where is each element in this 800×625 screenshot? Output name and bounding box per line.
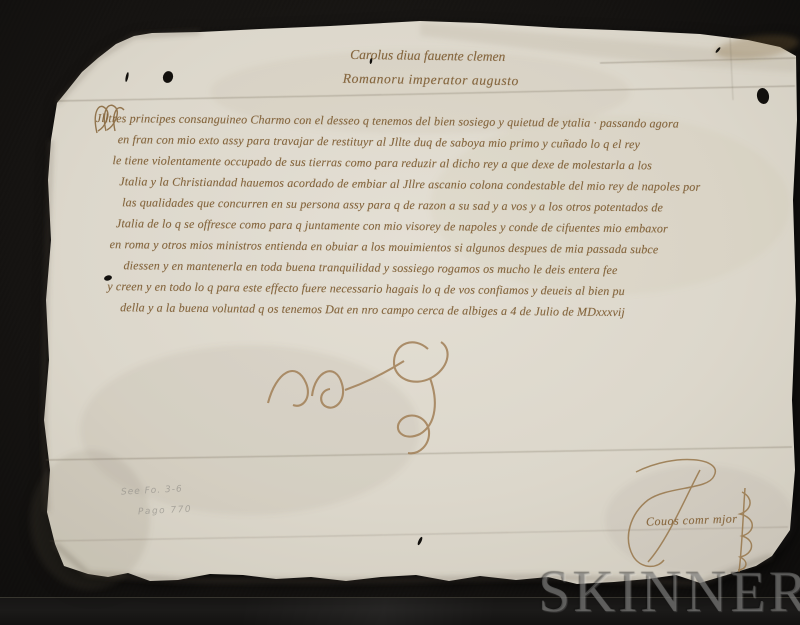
auction-watermark: SKINNER bbox=[538, 558, 800, 625]
countersignature-text: Couos comr mjor bbox=[646, 511, 738, 529]
heading-line-2: Romanoru imperator augusto bbox=[343, 67, 519, 93]
letter-body: Jlltres principes consanguineo Charmo co… bbox=[94, 111, 772, 327]
latin-heading: Carolus diua fauente clemen Romanoru imp… bbox=[350, 43, 520, 93]
heading-line-1: Carolus diua fauente clemen bbox=[350, 43, 519, 69]
photo-stage: Carolus diua fauente clemen Romanoru imp… bbox=[0, 0, 800, 625]
